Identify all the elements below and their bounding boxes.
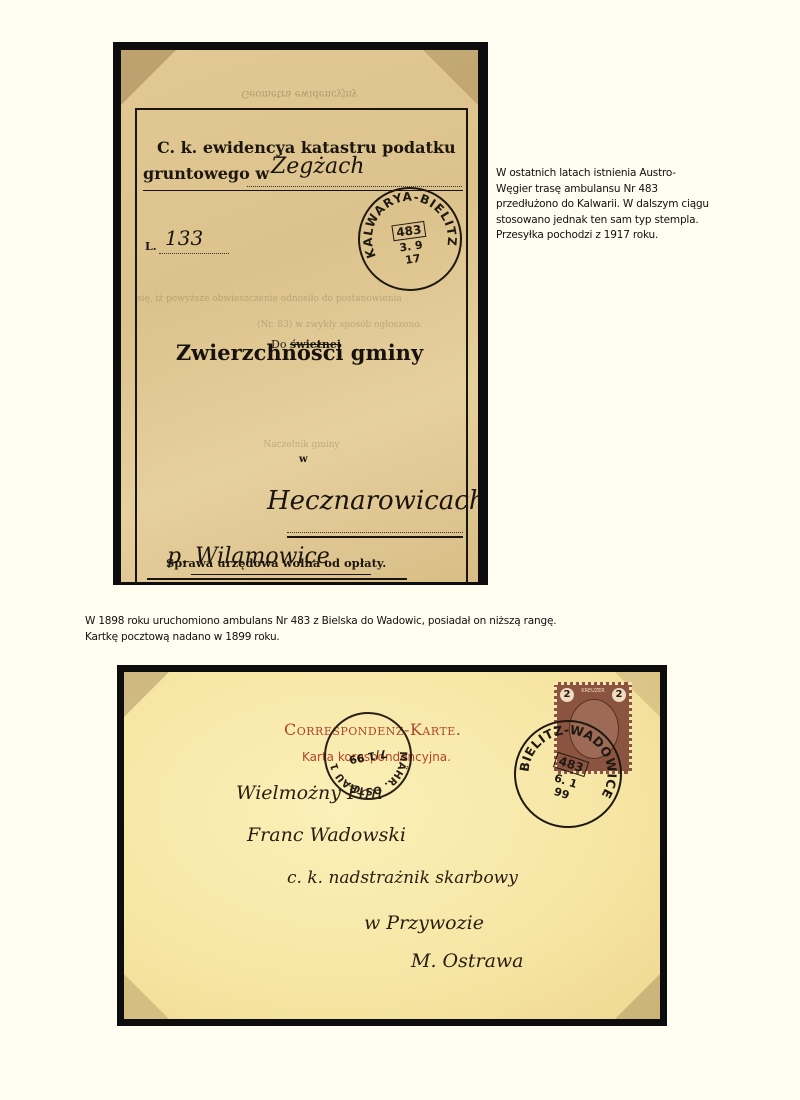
addressee-title: Zwierzchności gminy — [121, 340, 478, 365]
photo-corner — [124, 974, 169, 1019]
number-label: L. — [145, 240, 157, 253]
address-line: w Przywozie — [364, 912, 484, 934]
address-line: Franc Wadowski — [247, 824, 406, 846]
address-line: M. Ostrawa — [411, 950, 524, 972]
cadastral-cover: Geometra ewidencyjny C. k. ewidencya kat… — [121, 50, 478, 582]
ghost-text-line: (Nr. 83) w zwykły sposób ogłoszono. — [137, 320, 466, 330]
photo-corner — [124, 672, 169, 717]
caption-line: Kartkę pocztową nadano w 1899 roku. — [85, 630, 725, 646]
in-label: w — [299, 454, 308, 465]
handwritten-town: Hecznarowicach — [267, 486, 478, 516]
postcard: Correspondenz-Karte. Karta korespondency… — [124, 672, 660, 1019]
dotted-rule — [159, 253, 229, 254]
handwritten-underline — [191, 574, 371, 575]
stamp-value: 2 — [612, 688, 626, 702]
footer-rule — [147, 578, 407, 580]
footer-text: Sprawa urzędowa wolna od opłaty. — [166, 556, 386, 570]
header-line-2: gruntowego w — [143, 164, 269, 183]
handwritten-place: Żegżach — [271, 154, 365, 179]
ghost-text-line: Naczelnik gminy — [137, 440, 466, 450]
dotted-rule — [287, 532, 463, 533]
caption-1917: W ostatnich latach istnienia Austro-Węgi… — [496, 166, 711, 244]
address-line: c. k. nadstrażnik skarbowy — [287, 868, 518, 888]
ghost-text-line: się, iż powyższe obwieszczenie odnosiło … — [137, 294, 466, 304]
stamp-value: 2 — [560, 688, 574, 702]
postmark-kalwarya-bielitz: KALWARYA-BIELITZ 483 3. 9 17 — [351, 180, 468, 297]
caption-1899: W 1898 roku uruchomiono ambulans Nr 483 … — [85, 614, 725, 645]
ghost-heading: Geometra ewidencyjny — [121, 88, 478, 99]
handwritten-number: 133 — [165, 226, 203, 250]
double-rule — [287, 536, 463, 538]
postmark-arrival: MÄHR. OSTRAU 1 7/1 99 — [317, 705, 419, 807]
photo-corner — [615, 974, 660, 1019]
caption-line: W 1898 roku uruchomiono ambulans Nr 483 … — [85, 614, 725, 630]
